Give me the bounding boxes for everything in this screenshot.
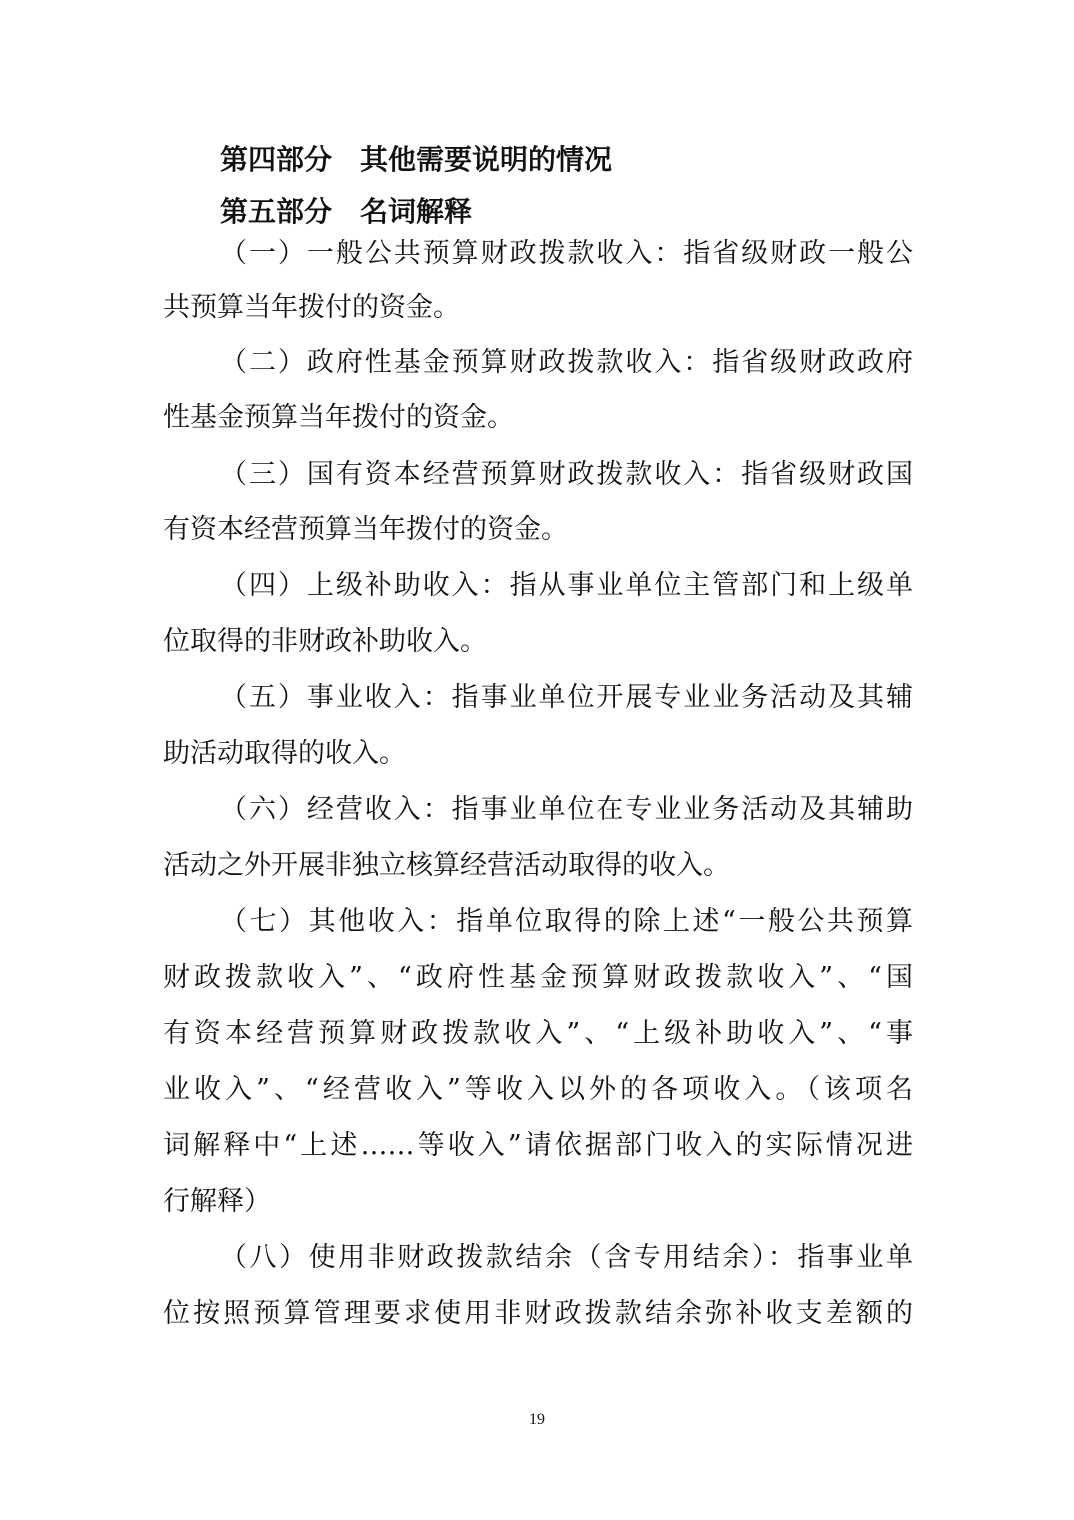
paragraph-line: 共预算当年拨付的资金。	[163, 291, 913, 325]
section-heading-part4: 第四部分 其他需要说明的情况	[220, 143, 612, 177]
paragraph-line: 业收入”、“经营收入”等收入以外的各项收入。（该项名	[163, 1073, 913, 1107]
paragraph-line: （六）经营收入：指事业单位在专业业务活动及其辅助	[220, 793, 913, 827]
paragraph-line: 有资本经营预算当年拨付的资金。	[163, 513, 913, 547]
paragraph-line: 活动之外开展非独立核算经营活动取得的收入。	[163, 849, 913, 883]
paragraph-line: （四）上级补助收入：指从事业单位主管部门和上级单	[220, 569, 913, 603]
paragraph-line: 位取得的非财政补助收入。	[163, 625, 913, 659]
paragraph-line: （一）一般公共预算财政拨款收入：指省级财政一般公	[220, 237, 913, 271]
paragraph-line: 行解释）	[163, 1185, 913, 1219]
paragraph-line: 助活动取得的收入。	[163, 737, 913, 771]
paragraph-line: （八）使用非财政拨款结余（含专用结余）：指事业单	[220, 1241, 913, 1275]
section-heading-part5: 第五部分 名词解释	[220, 195, 472, 229]
paragraph-line: （七）其他收入：指单位取得的除上述“一般公共预算	[220, 905, 913, 939]
paragraph-line: 财政拨款收入”、“政府性基金预算财政拨款收入”、“国	[163, 961, 913, 995]
paragraph-line: （二）政府性基金预算财政拨款收入：指省级财政政府	[220, 346, 913, 380]
page-number: 19	[0, 1411, 1074, 1429]
paragraph-line: 位按照预算管理要求使用非财政拨款结余弥补收支差额的	[163, 1297, 913, 1331]
paragraph-line: （五）事业收入：指事业单位开展专业业务活动及其辅	[220, 681, 913, 715]
paragraph-line: （三）国有资本经营预算财政拨款收入：指省级财政国	[220, 458, 913, 492]
paragraph-line: 词解释中“上述……等收入”请依据部门收入的实际情况进	[163, 1129, 913, 1163]
paragraph-line: 有资本经营预算财政拨款收入”、“上级补助收入”、“事	[163, 1017, 913, 1051]
paragraph-line: 性基金预算当年拨付的资金。	[163, 401, 913, 435]
